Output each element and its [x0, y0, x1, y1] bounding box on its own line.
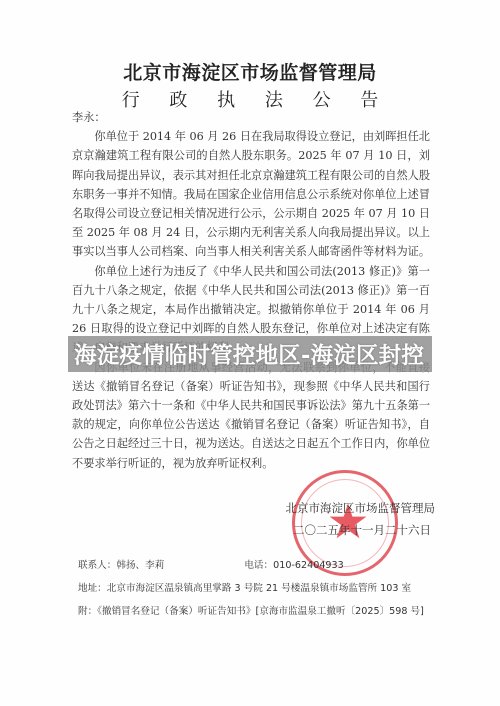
paragraph-facts: 你单位于 2014 年 06 月 26 日在我局取得设立登记，由刘晖担任北京京瀚…	[72, 127, 430, 261]
contact-label: 联系人：	[78, 560, 116, 571]
paragraph-service: 因你单位未在注册地从事经营活动，无法联系到你单位，不能直接送达《撤销冒名登记（备…	[72, 358, 430, 473]
contact-footer: 联系人：韩扬、李莉电话：010-62404933 地址：北京市海淀区温泉镇高里掌…	[78, 554, 438, 623]
signature-block: 北京市海淀区市场监督管理局 二〇二五年十一月二十六日	[265, 497, 435, 541]
signature-issuer: 北京市海淀区市场监督管理局	[265, 497, 435, 519]
address-row: 地址：北京市海淀区温泉镇高里掌路 3 号院 21 号楼温泉镇市场监管所 103 …	[78, 577, 438, 600]
overlay-banner-text: 海淀疫情临时管控地区-海淀区封控	[74, 338, 424, 370]
attachment-label: 附：	[78, 606, 97, 617]
agency-heading: 北京市海淀区市场监督管理局	[0, 58, 500, 85]
signature-date: 二〇二五年十一月二十六日	[265, 519, 435, 541]
attachment-row: 附：《撤销冒名登记（备案）听证告知书》[京海市监温泉工撤听〔2025〕598 号…	[78, 600, 438, 623]
address-value: 北京市海淀区温泉镇高里掌路 3 号院 21 号楼温泉镇市场监管所 103 室	[107, 583, 411, 594]
notice-body: 李永： 你单位于 2014 年 06 月 26 日在我局取得设立登记，由刘晖担任…	[72, 108, 430, 473]
phone-number: 010-62404933	[273, 560, 344, 571]
address-label: 地址：	[78, 583, 107, 594]
phone-label: 电话：	[244, 560, 273, 571]
salutation: 李永：	[72, 108, 430, 127]
contact-row: 联系人：韩扬、李莉电话：010-62404933	[78, 554, 438, 577]
contact-names: 韩扬、李莉	[116, 560, 164, 571]
attachment-value: 《撤销冒名登记（备案）听证告知书》[京海市监温泉工撤听〔2025〕598 号]	[97, 606, 424, 617]
